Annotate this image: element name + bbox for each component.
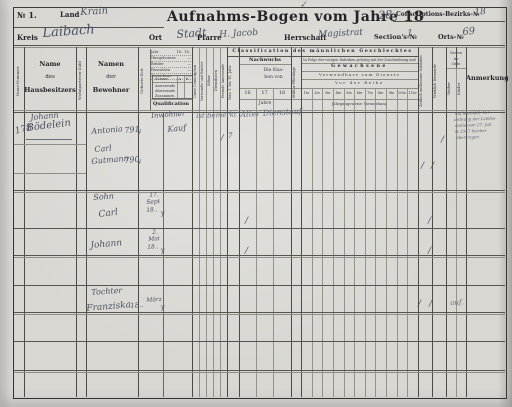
classification-title: Classification des männlichen Geschlecht… [227,49,418,54]
stats-sub-row2: Abwesende [155,89,175,93]
grown-age-cell: 10te [397,91,407,95]
grid-vline [375,88,376,397]
grid-vline [397,88,398,397]
col-deren-weiber: Weiber [447,70,455,108]
grown-age-cell: 2te [312,91,322,95]
resident-2-name: Carl [94,143,112,153]
johann-birth-month: Mai [148,235,160,243]
land-label: Land [60,10,79,19]
grid-hline [14,228,505,229]
grown-line4: Vor der Reihe [301,80,418,85]
nachwuchs-age-cell: 16 [239,90,256,96]
stats-footer: Qualification [150,101,192,107]
nachwuchs-top-line2: ben von [256,74,291,81]
son-birth-year: 18.. [146,206,158,214]
grid-vline [291,47,292,397]
grown-age-cell: 4te [333,91,344,95]
kreis-label: Kreis [17,33,38,42]
conscription-value: 18 [474,7,486,18]
stats-row-label: Brüder [151,62,163,67]
note-auf: auf. [450,298,464,307]
grid-vline [432,47,433,397]
stats-row-label: Hiergeborene [151,56,176,61]
grid-vline [344,88,345,397]
tick-daughter-a: ∕ [418,299,421,309]
grid-vline [312,88,313,397]
grown-footer: Jahrgangsweise Vormerkung [301,101,418,106]
col-discharged-soldiers: Zeitlich entlassene Soldaten [419,54,431,108]
stats-sub-row1: Anwesende [155,84,175,88]
stats-sub-b: b [186,77,188,81]
orts-label: Orts-№ [438,33,464,41]
col-owner-header: Name des Hausbesitzers [24,58,76,97]
tick-r1-b: ∕ [421,161,424,171]
grown-age-cell: 3te [322,91,333,95]
col-house-number: Haus-Nummer [15,54,23,108]
grid-vline [446,47,447,397]
grid-hline [14,372,505,373]
section-value: 1 [407,29,413,39]
tick-r1-a: ∕ [441,135,444,145]
col-residents-line3: Bewohner [86,84,136,97]
owner-underline [26,139,72,140]
col-residents-header: Namen der Bewohner [86,58,136,97]
grid-hline [14,190,505,191]
tick-son-class: ∕ [245,216,248,226]
nachwuchs-age-cell: 18 [273,90,291,96]
col-party-number: Wohnparteien-Zahl [77,54,85,108]
stats-sub-a: a [179,77,181,81]
grid-vline [354,88,355,397]
census-sheet: № 1. Land Krain Aufnahms-Bogen vom Jahre… [0,0,512,407]
nachwuchs-age-cell: 17 [256,90,273,96]
col-owner-line2: des [24,71,76,84]
tick-son-right: ∕ [428,216,431,226]
class-mark-2: 7 [228,132,232,140]
grid-vline [86,47,87,397]
grown-line3: Verwendbare zum Dienste [301,72,418,77]
col-residents-line2: der [86,71,136,84]
col-birth-date: Geburts-Zeit [139,54,148,108]
orts-value: 69 [462,26,476,38]
grid-vline [24,47,25,397]
son-birth-month: Sept [146,198,160,206]
mid-rot-label: Militär-Pflichtige [292,58,300,108]
grid-hline [14,255,505,256]
nachwuchs-footer: Jahre [239,101,291,106]
grid-hline [14,341,505,342]
remark-column-header: Anmerkung [466,74,506,82]
nachwuchs-top-line1: Die Kna- [256,67,291,74]
johann-birth-year: 18.. [147,243,159,251]
grid-vline [365,88,366,397]
title-check-mark: ✓ [299,0,308,11]
grid-vline [206,47,207,397]
stats-row-value: — [188,62,192,67]
title-year: 28 [378,8,393,22]
grid-vline [322,88,323,397]
grid-hline [14,370,505,371]
grid-vline [256,88,257,397]
conscription-label: Conscriptions-Bezirks-№ [396,11,479,18]
remark-line-5: übertragen [456,134,479,140]
grid-vline [466,47,467,397]
grown-age-cell: 5te [344,91,354,95]
grid-vline [273,88,274,397]
grid-hline [14,314,505,315]
nachwuchs-rot-label: Vom 1. bis 15. Jahr [228,58,237,108]
son-label: Sohn [93,192,114,202]
grid-vline [407,88,408,397]
col-deren-kinder: Kinder [457,70,465,108]
grid-vline [333,88,334,397]
grid-hline [14,173,86,174]
pfarre-value: H. Jacob [219,28,258,40]
col-owner-line3: Hausbesitzers [24,84,76,97]
col-residents-line1: Namen [86,58,136,71]
grown-age-cell: 6te [354,91,365,95]
grid-hline [14,285,505,286]
stats-row-label: Heurathen [151,68,170,73]
grid-vline [386,88,387,397]
stats-row-value: 18.. 18.. [177,50,191,55]
grid-hline [14,192,505,193]
land-value: Krain [80,6,108,18]
daughter-name-year: 18.. [130,301,144,310]
tick-johann-right: ∕ [428,246,431,256]
form-number: № 1. [17,10,37,20]
stats-row-label: Jahr [151,50,158,55]
class-note-1: ist bemerkt [196,111,237,120]
grown-line2: Gewachsene [301,64,418,69]
stats-sub-row3: Zusammen [155,94,175,98]
grid-hline [14,257,505,258]
grown-age-cell: 1te [301,91,312,95]
grid-vline [301,47,302,397]
grown-line1: In Folge der vorigen Rubriken gehörig mi… [301,58,418,62]
grid-vline [76,47,77,397]
col-actively-serving: Wirklich Dienende [433,54,445,108]
grown-age-cell: 11te [407,91,418,95]
pfarre-label: Pfarre [197,33,222,42]
class-mark-1: ∕ [221,133,224,142]
nachwuchs-top: Die Kna- ben von [256,67,291,81]
grown-age-cell: 9te [386,91,397,95]
stats-row-value: — [188,56,192,61]
nachwuchs-label: Nachwuchs [239,57,291,63]
grown-age-cell: 8te [375,91,386,95]
grid-vline [138,47,139,397]
grid-vline [220,47,221,397]
stats-subbox: Summe a b Anwesende Abwesende Zusammen [152,75,193,99]
tick-r1-c: ∕ [431,161,434,171]
grid-vline [192,47,193,112]
ort-label: Ort [149,33,162,42]
stats-row-value: — [188,68,192,73]
grid-hline [14,144,86,145]
grid-vline [418,47,419,397]
col-owner-line1: Name [24,58,76,71]
tick-daughter-b: ∕ [429,299,432,309]
grid-vline [239,47,240,397]
grid-vline [213,47,214,397]
tick-johann-class: ∕ [245,246,248,256]
grown-age-cell: 7te [365,91,375,95]
grid-vline [199,47,200,397]
grid-vline [227,47,228,397]
stats-sub-header: Summe [155,77,168,81]
